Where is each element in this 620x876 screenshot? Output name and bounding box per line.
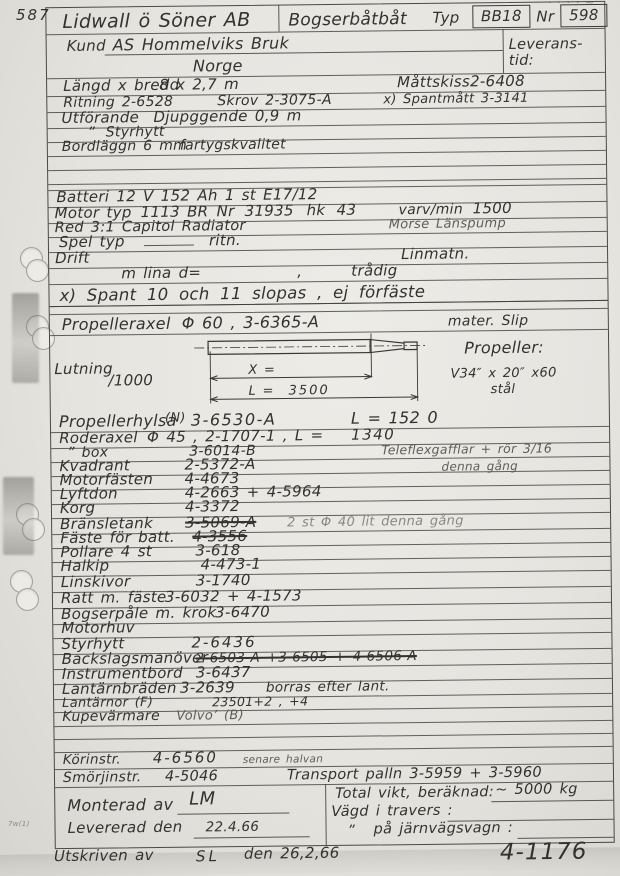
jarnvag-label: på järnvägsvagn :: [374, 820, 514, 838]
product-type: Bogserbåtbåt: [288, 9, 407, 30]
typ-value-box: BB18: [472, 5, 530, 29]
propeller-size: V34″ x 20″ x60: [450, 365, 556, 381]
transport-pallet-ref: Transport palln 3-5959 + 3-5960: [287, 765, 542, 784]
shaft-drawing: X = L = 3500: [190, 331, 435, 410]
printed-date: den 26,2,66: [244, 844, 340, 863]
dim-l-label: L =: [249, 384, 274, 399]
propaxel-label: Propelleraxel: [62, 314, 171, 334]
kund-value: AS Hommelviks Bruk: [113, 33, 290, 54]
linmatn-label: Linmatn.: [401, 244, 470, 263]
company-name: Lidwall ö Söner AB: [62, 9, 250, 33]
propaxel-spec: Φ 60 , 3-6365-A: [182, 312, 319, 333]
kor-label: Körinstr.: [63, 751, 121, 768]
typ-value: BB18: [473, 6, 529, 28]
comma-mark: ,: [297, 262, 302, 280]
levererad-value: 22.4.66: [205, 819, 259, 836]
levererad-label: Levererad den: [67, 818, 182, 837]
delivery-label-2: tid:: [509, 53, 534, 69]
footer-strip: Utskriven av SL den 26,2,66 4-1176: [0, 836, 620, 876]
vagd-label: Vägd i travers :: [331, 803, 453, 820]
monterad-label: Monterad av: [67, 795, 173, 815]
printed-by-initials: SL: [196, 847, 220, 865]
nr-label: Nr: [536, 7, 554, 25]
lutning-label: Lutning: [54, 359, 113, 378]
mater-value: mater. Slip: [448, 313, 529, 330]
part-label: Kupevärmare: [62, 708, 160, 725]
propeller-material: stål: [491, 382, 516, 397]
lutning-value: /1000: [108, 371, 153, 390]
printed-by-label: Utskriven av: [54, 846, 154, 865]
country-value: Norge: [193, 56, 243, 76]
teleflex-annotation: Teleflexgafflar + rör 3/16: [381, 440, 552, 457]
punch-hole: [16, 588, 39, 611]
part-code: Volvo’ (B): [176, 708, 244, 724]
hk-label: hk: [306, 201, 325, 219]
smorj-label: Smörjinstr.: [63, 769, 142, 786]
spantmatt-ref: x) Spantmått 3-3141: [383, 91, 529, 108]
kund-label: Kund: [67, 37, 106, 55]
morse-note: Morse Länspump: [389, 216, 506, 232]
hk-value: 43: [336, 201, 356, 219]
nr-value: 598: [561, 5, 606, 27]
hylsa-note: (N): [165, 411, 186, 426]
lina-label: m lina d=: [121, 263, 201, 282]
record-card: Lidwall ö Söner AB Bogserbåtbåt Typ Nr B…: [45, 1, 615, 849]
margin-note: 7w(1): [8, 820, 30, 828]
shaft-diagram-block: Lutning /1000 Propeller: V34″ x 20″ x60 …: [50, 329, 609, 412]
fuel-tank-annotation: 2 st Φ 40 lit denna gång: [287, 513, 464, 530]
motor-nr: 31935: [244, 201, 293, 220]
total-weight-label: Total vikt, beräknad:: [335, 784, 494, 802]
kor-note: senare halvan: [243, 753, 323, 766]
total-weight-value: ~ 5000 kg: [495, 781, 578, 798]
smorj-code: 4-5046: [165, 768, 218, 785]
mattskiss-ref: Måttskiss2-6408: [397, 72, 525, 91]
scanned-record-card: 587 7w(1) · · · · ∼ Lidwall ö Söner AB B…: [0, 0, 620, 876]
dim-l-value: 3500: [289, 383, 330, 398]
part-code: 23501+2 , +4: [212, 693, 308, 709]
monterad-value: LM: [189, 788, 215, 809]
punch-hole: [26, 259, 49, 282]
djupgaende-value: Djupggende 0,9 m: [153, 106, 301, 126]
nr-value-box: 598: [560, 4, 607, 28]
tape-smudge: [12, 293, 39, 383]
roderaxel-value: 1340: [351, 425, 395, 444]
dim-x-label: X =: [247, 363, 275, 378]
ditto-mark: ”: [348, 823, 356, 839]
part-code: 3-6470: [215, 603, 270, 622]
propeller-title: Propeller:: [464, 338, 544, 358]
typ-label: Typ: [432, 9, 459, 27]
tape-smudge: [3, 477, 34, 555]
bordlaggn-value: fartygskvalitet: [180, 136, 286, 153]
varv-value: 1500: [472, 199, 512, 217]
doc-number: 4-1176: [500, 839, 588, 866]
ritn-label: ritn.: [209, 231, 241, 249]
tradig-label: trådig: [351, 261, 397, 280]
drift-label: Drift: [55, 249, 90, 267]
kor-code: 4-6560: [153, 748, 218, 767]
langd-value: 8 x 2,7 m: [159, 75, 239, 94]
bordlaggn-label: Bordläggn 6 mm: [62, 138, 187, 155]
